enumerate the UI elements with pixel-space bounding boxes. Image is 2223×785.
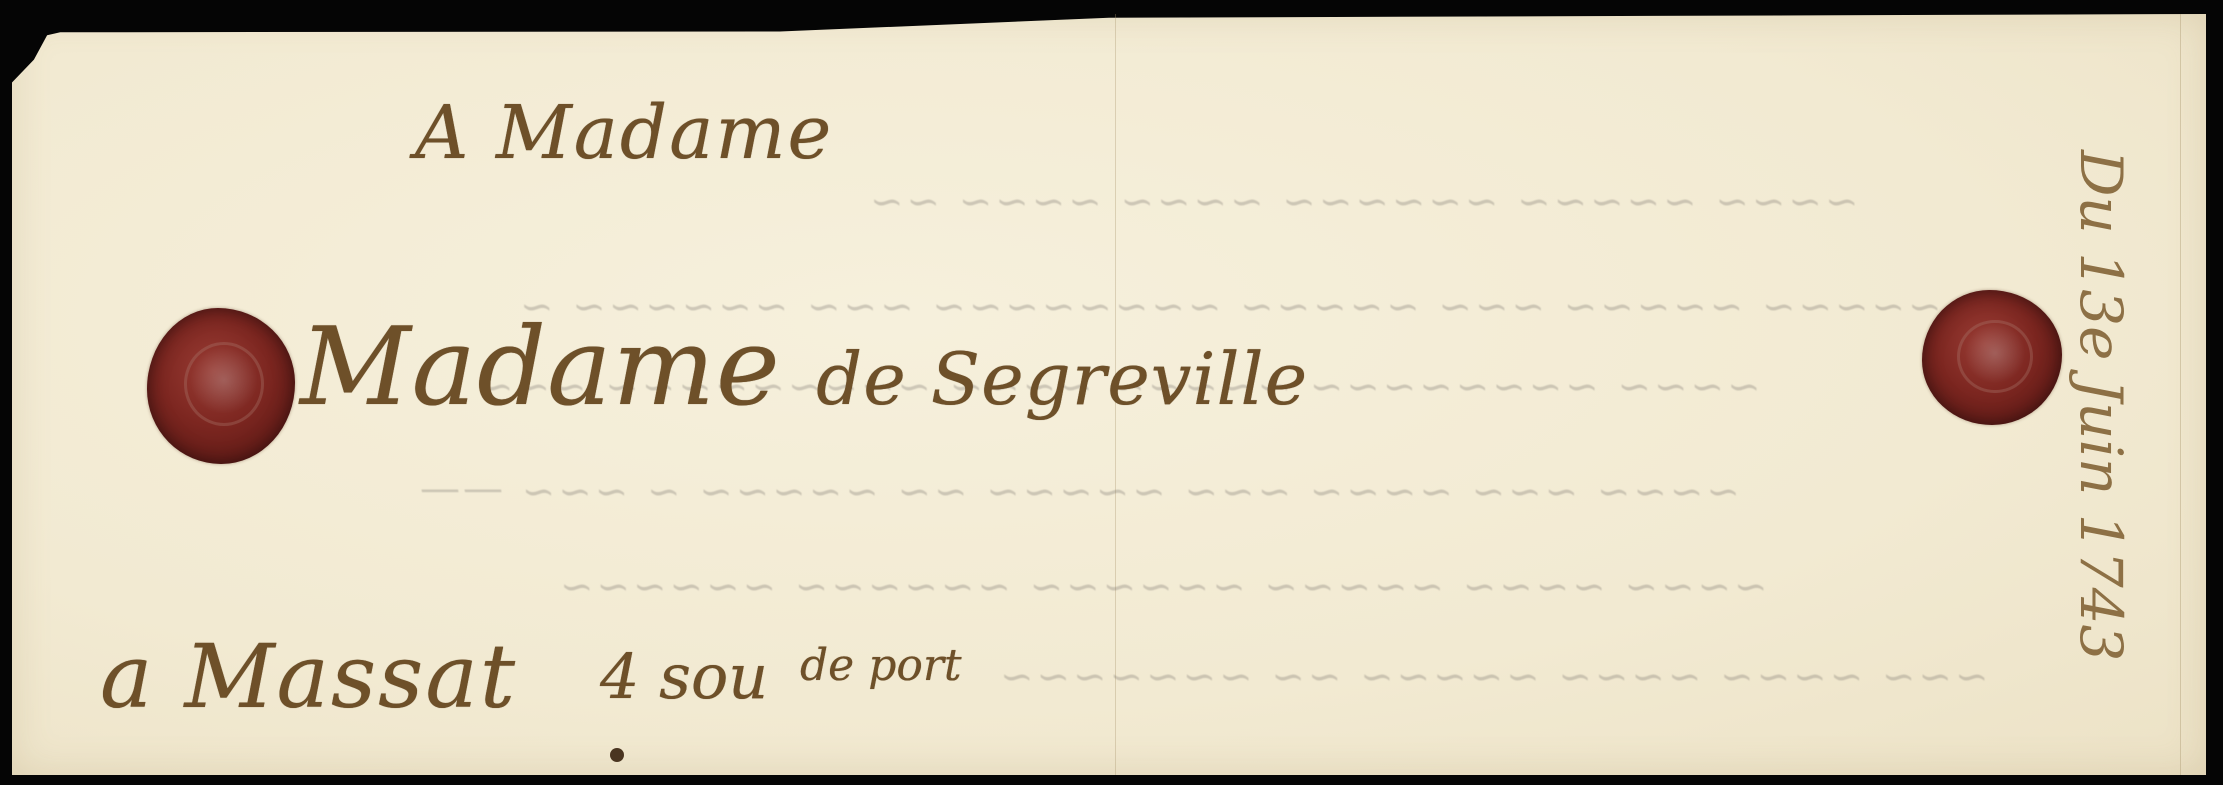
destination: a Massat (100, 625, 517, 728)
show-through-text: ~~~~~~ ~~~~~~ ~~~~~~ ~~~~~ ~~~~ ~~~~ (560, 565, 1771, 611)
docket-annotation: Du 13e Juin 1743 (2067, 150, 2135, 661)
ink-blot (610, 748, 624, 762)
postage-amount: 4 sou (600, 640, 768, 713)
show-through-text: ~~~~~~~ ~~ ~~~~~ ~~~~ ~~~~ ~~~ (1000, 655, 1991, 701)
addressee-name: de Segreville (816, 337, 1308, 421)
salutation-heading: A Madame (415, 90, 833, 176)
addressee-title: Madame (300, 305, 781, 430)
addressee: Madame de Segreville (300, 305, 1308, 430)
fold-line-right (2180, 14, 2181, 775)
wax-seal-left (147, 308, 295, 464)
wax-seal-right (1922, 290, 2062, 425)
postage-note: de port (800, 640, 962, 691)
show-through-text: ~~ ~~~~ ~~~~ ~~~~~~ ~~~~~ ~~~~ (870, 180, 1861, 226)
show-through-text: —— ~~~ ~ ~~~~~ ~~ ~~~~~ ~~~ ~~~~ ~~~ ~~~… (420, 470, 1743, 516)
